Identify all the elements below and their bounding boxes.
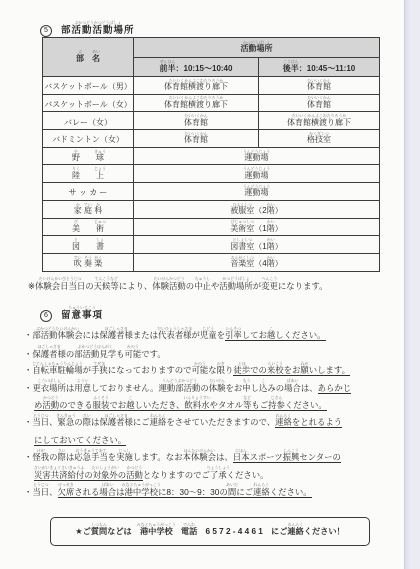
location-cell: 運動場うんどうじょう: [134, 183, 380, 201]
club-name-cell: 家か 庭てい 科か: [43, 200, 134, 218]
page-edge-background: [404, 0, 420, 569]
section-6-title: 留意事項りゅういじこう: [61, 310, 103, 321]
club-name-cell: 陸りく 上じょう: [43, 165, 134, 183]
first-half-cell: 体育館たいいくかん: [134, 112, 259, 130]
club-name-cell: 図と 書しょ: [43, 236, 134, 254]
club-name-cell: バスケットボール（男）: [43, 77, 134, 95]
table-row: 美び 術じゅつ 美術室びじゅつしつ（1階かい）: [43, 218, 380, 236]
note-line: ・自転車駐輪場じてんしゃちゅうりんじょうが手狭てぜまになっておりますので可能かの…: [24, 361, 408, 378]
section-5-heading: 5部活動活動場所ぶかつどうかつどうばしょ: [40, 20, 135, 38]
column-header-first-half: 前半ぜんはん：10:15～10:40: [134, 57, 259, 77]
circled-number-6: 6: [40, 310, 52, 322]
column-header-club-name: 部ぶ 名めい: [43, 38, 134, 77]
note-line: ・当日とうじつ、欠席けっせきされる場合ばあいは港中学校みなとちゅうがっこうに8：…: [24, 483, 408, 500]
club-name-cell: バスケットボール（女）: [43, 94, 134, 112]
club-name-cell: バドミントン（女）: [43, 130, 134, 148]
club-name-cell: バレー（女）: [43, 112, 134, 130]
note-line: ・保護者様ほごしゃさまの部活動見学ぶかつどうけんがくも可能かのうです。: [24, 343, 408, 360]
second-half-cell: 格技室かくぎしつ: [259, 130, 380, 148]
first-half-cell: 体育館横渡り廊下たいいくかんよこわたりろうか: [134, 77, 259, 95]
activity-location-table: 部ぶ 名めい 活動場所かつどうばしょ 前半ぜんはん：10:15～10:40 後半…: [42, 37, 380, 272]
note-line: ・部活動体験会ぶかつどうたいけんかいには保護者様ほごしゃさままたは代表者様だいひ…: [24, 326, 408, 343]
table-row: 吹すい 奏そう 楽がく 音楽室おんがくしつ（4階かい）: [43, 253, 380, 271]
column-header-second-half: 後半こうはん：10:45～11:10: [259, 57, 380, 77]
table-row: 陸りく 上じょう 運動場うんどうじょう: [43, 165, 380, 183]
section-6-heading: 6留意事項りゅういじこう: [40, 305, 103, 323]
location-cell: 被服室ひふくしつ（2階かい）: [134, 200, 380, 218]
note-line: め活動かつどうのできる服装ふくそうでお越こしいただき、飲料水いんりょうすいやタオ…: [24, 396, 408, 413]
club-name-cell: 吹すい 奏そう 楽がく: [43, 253, 134, 271]
table-row: バドミントン（女） 体育館たいいくかん 格技室かくぎしつ: [43, 130, 380, 148]
location-cell: 美術室びじゅつしつ（1階かい）: [134, 218, 380, 236]
note-line: にしておいてください。: [24, 430, 408, 447]
second-half-cell: 体育館横渡り廊下たいいくかんよこわたりろうか: [259, 112, 380, 130]
contact-info-box: ★ご質問しつもんなどは 港中学校みなとちゅうがっこう 電話でんわ 6 5 7 2…: [50, 517, 370, 546]
table-row: バスケットボール（女） 体育館横渡り廊下たいいくかんよこわたりろうか 体育館たい…: [43, 94, 380, 112]
note-line: 災害共済給付さいがいきょうさいきゅうふの対象外たいしょうがいの活動かつどうとなり…: [24, 465, 408, 482]
location-cell: 運動場うんどうじょう: [134, 165, 380, 183]
contact-info-text: ★ご質問しつもんなどは 港中学校みなとちゅうがっこう 電話でんわ 6 5 7 2…: [75, 527, 345, 536]
document-page: 5部活動活動場所ぶかつどうかつどうばしょ 部ぶ 名めい 活動場所かつどうばしょ …: [0, 0, 420, 569]
table-row: バレー（女） 体育館たいいくかん 体育館横渡り廊下たいいくかんよこわたりろうか: [43, 112, 380, 130]
note-line: ・怪我けがの際さいは応急手当おうきゅうてあてを実施じっしします。なお本体験会ほん…: [24, 448, 408, 465]
location-cell: 運動場うんどうじょう: [134, 147, 380, 165]
first-half-cell: 体育館たいいくかん: [134, 130, 259, 148]
section-5-title: 部活動活動場所ぶかつどうかつどうばしょ: [61, 25, 135, 36]
table-row: 図と 書しょ 図書室としょしつ（1階かい）: [43, 236, 380, 254]
location-cell: 図書室としょしつ（1階かい）: [134, 236, 380, 254]
first-half-cell: 体育館横渡り廊下たいいくかんよこわたりろうか: [134, 94, 259, 112]
table-row: バスケットボール（男） 体育館横渡り廊下たいいくかんよこわたりろうか 体育館たい…: [43, 77, 380, 95]
second-half-cell: 体育館たいいくかん: [259, 77, 380, 95]
club-name-cell: 野や 球きゅう: [43, 147, 134, 165]
notes-list: ・部活動体験会ぶかつどうたいけんかいには保護者様ほごしゃさままたは代表者様だいひ…: [24, 326, 408, 500]
club-name-cell: 美び 術じゅつ: [43, 218, 134, 236]
table-row: 家か 庭てい 科か 被服室ひふくしつ（2階かい）: [43, 200, 380, 218]
club-name-cell: サ ッ カ ー: [43, 183, 134, 201]
location-cell: 音楽室おんがくしつ（4階かい）: [134, 253, 380, 271]
table-row: サ ッ カ ー 運動場うんどうじょう: [43, 183, 380, 201]
table-row: 野や 球きゅう 運動場うんどうじょう: [43, 147, 380, 165]
note-line: ・更衣場所こういばしょは用意よういしておりません。運動部活動うんどうぶかつどうの…: [24, 378, 408, 395]
weather-change-note: ※体験会日当日たいけんかいびとうじつの天候等てんこうなどにより、体験活動たいけん…: [28, 281, 328, 291]
second-half-cell: 体育館たいいくかん: [259, 94, 380, 112]
note-line: ・当日とうじつ、緊急きんきゅうの際さいは保護者様ほごしゃさまにご連絡れんらくをさ…: [24, 413, 408, 430]
circled-number-5: 5: [40, 25, 52, 37]
column-header-location: 活動場所かつどうばしょ: [134, 38, 380, 58]
